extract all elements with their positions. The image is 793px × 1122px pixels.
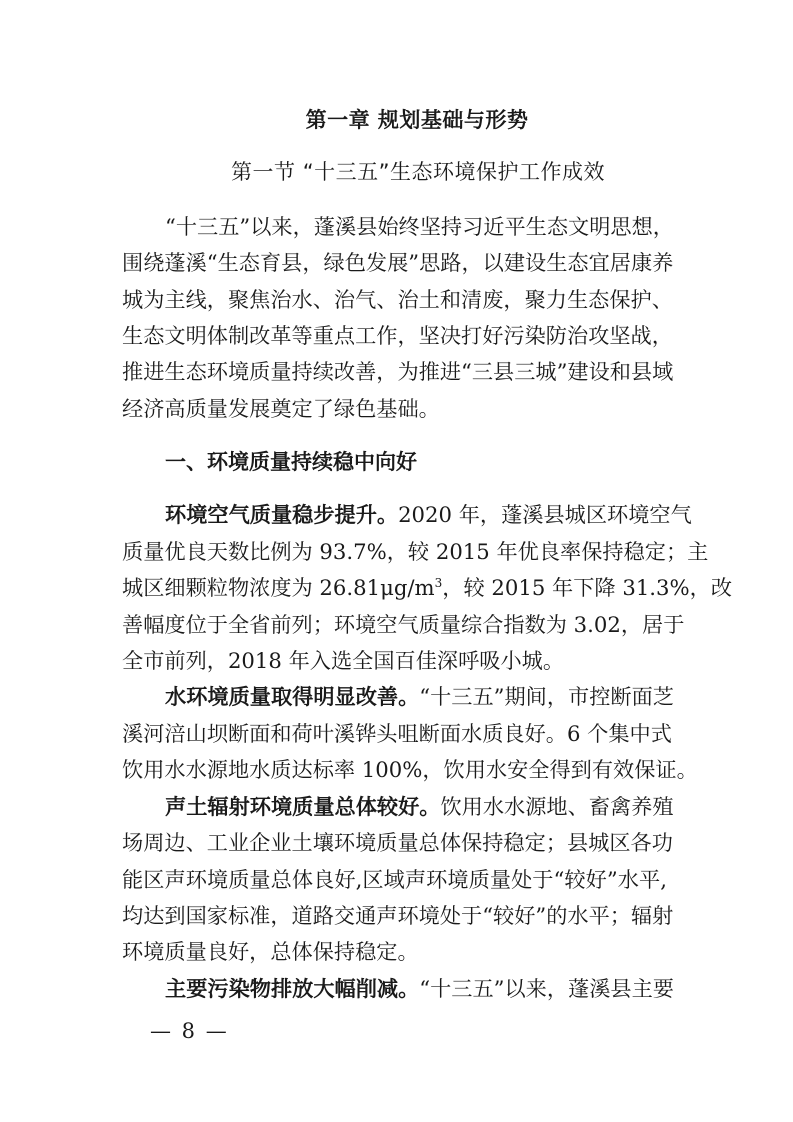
water-line-1: 水环境质量取得明显改善。“十三五”期间，市控断面芝 [165,684,667,710]
air-line-3-pre: 城区细颗粒物浓度为 26.81μg/m [122,575,435,600]
air-line-2: 质量优良天数比例为 93.7%，较 2015 年优良率保持稳定；主 [122,539,667,565]
air-line-3-post: ，较 2015 年下降 31.3%，改 [442,575,732,600]
air-line-4: 善幅度位于全省前列；环境空气质量综合指数为 3.02，居于 [122,612,667,638]
page-number: — 8 — [150,1019,229,1043]
water-line-1-rest: “十三五”期间，市控断面芝 [419,684,674,709]
soil-line-5: 环境质量良好，总体保持稳定。 [122,939,667,965]
intro-line-2: 围绕蓬溪“生态育县，绿色发展”思路，以建设生态宜居康养 [122,250,667,276]
water-bold-lead: 水环境质量取得明显改善。 [165,684,419,709]
intro-line-3: 城为主线，聚焦治水、治气、治土和清废，聚力生态保护、 [122,287,667,313]
soil-line-1: 声土辐射环境质量总体较好。饮用水水源地、畜禽养殖 [165,794,667,820]
pollutant-bold-lead: 主要污染物排放大幅削减。 [165,976,419,1001]
subheading-environment-quality: 一、环境质量持续稳中向好 [165,449,417,475]
soil-line-2: 场周边、工业企业土壤环境质量总体保持稳定；县城区各功 [122,830,667,856]
document-page: 第一章 规划基础与形势 第一节 “十三五”生态环境保护工作成效 “十三五”以来，… [0,0,793,1122]
soil-bold-lead: 声土辐射环境质量总体较好。 [165,794,440,819]
air-line-3: 城区细颗粒物浓度为 26.81μg/m3，较 2015 年下降 31.3%，改 [122,575,667,601]
intro-line-1: “十三五”以来，蓬溪县始终坚持习近平生态文明思想， [165,214,667,240]
air-bold-lead: 环境空气质量稳步提升。 [165,502,398,527]
intro-line-4: 生态文明体制改革等重点工作，坚决打好污染防治攻坚战， [122,323,667,349]
air-line-1-rest: 2020 年，蓬溪县城区环境空气 [398,502,692,527]
soil-line-1-rest: 饮用水水源地、畜禽养殖 [440,794,673,819]
soil-line-3: 能区声环境质量总体良好,区域声环境质量处于“较好”水平, [122,867,667,893]
pollutant-line-1-rest: “十三五”以来，蓬溪县主要 [419,976,674,1001]
section-title: 第一节 “十三五”生态环境保护工作成效 [0,156,793,186]
intro-line-5: 推进生态环境质量持续改善，为推进“三县三城”建设和县域 [122,359,667,385]
water-line-2: 溪河涪山坝断面和荷叶溪铧头咀断面水质良好。6 个集中式 [122,721,667,747]
air-line-5: 全市前列，2018 年入选全国百佳深呼吸小城。 [122,648,667,674]
pollutant-line-1: 主要污染物排放大幅削减。“十三五”以来，蓬溪县主要 [165,976,667,1002]
soil-line-4: 均达到国家标准，道路交通声环境处于“较好”的水平；辐射 [122,903,667,929]
water-line-3: 饮用水水源地水质达标率 100%，饮用水安全得到有效保证。 [122,757,667,783]
chapter-title: 第一章 规划基础与形势 [0,104,793,134]
air-line-1: 环境空气质量稳步提升。2020 年，蓬溪县城区环境空气 [165,502,667,528]
intro-line-6: 经济高质量发展奠定了绿色基础。 [122,396,667,422]
